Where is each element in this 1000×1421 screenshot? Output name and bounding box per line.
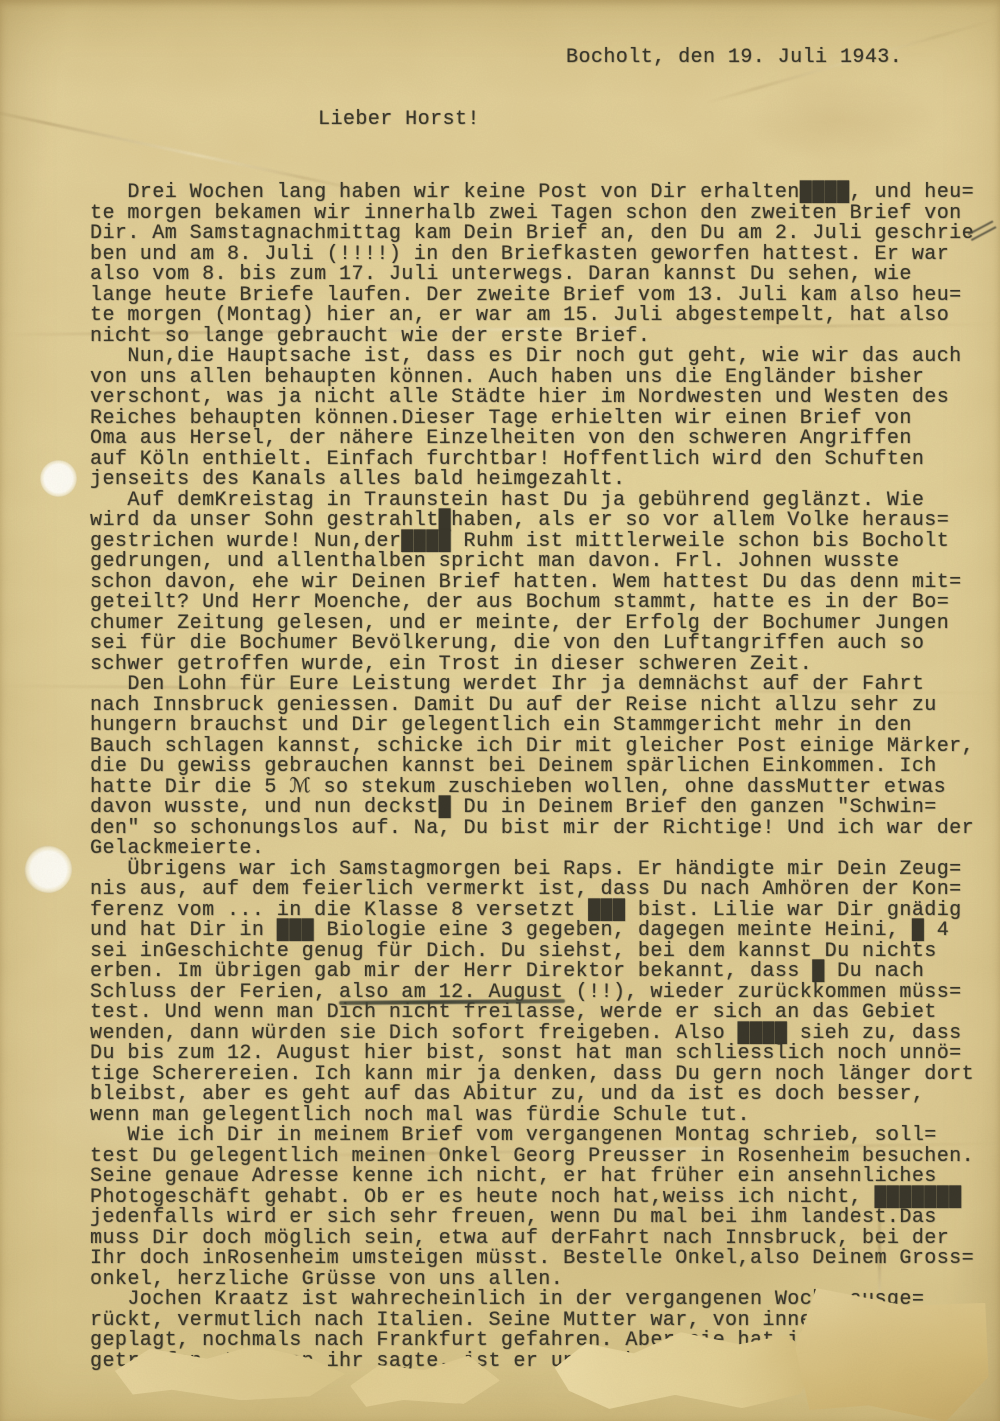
paragraph: Auf demKreistag in Traunstein hast Du ja… bbox=[90, 491, 974, 676]
salutation: Lieber Horst! bbox=[318, 110, 480, 131]
letter-body: Drei Wochen lang haben wir keine Post vo… bbox=[90, 183, 974, 1372]
punch-hole-top bbox=[40, 460, 77, 497]
paragraph: Übrigens war ich Samstagmorgen bei Raps.… bbox=[90, 860, 974, 1127]
punch-hole-bottom bbox=[19, 840, 78, 899]
paragraph: Den Lohn für Eure Leistung werdet Ihr ja… bbox=[90, 675, 974, 860]
letter-paper: Bocholt, den 19. Juli 1943. Lieber Horst… bbox=[0, 0, 1000, 1421]
paragraph: Nun,die Hauptsache ist, dass es Dir noch… bbox=[90, 347, 974, 491]
paragraph: Wie ich Dir in meinem Brief vom vergange… bbox=[90, 1126, 974, 1290]
torn-paper-fragment bbox=[790, 1287, 995, 1421]
letter-scan: Bocholt, den 19. Juli 1943. Lieber Horst… bbox=[0, 0, 1000, 1421]
paragraph: Drei Wochen lang haben wir keine Post vo… bbox=[90, 183, 974, 347]
date-line: Bocholt, den 19. Juli 1943. bbox=[566, 48, 902, 69]
